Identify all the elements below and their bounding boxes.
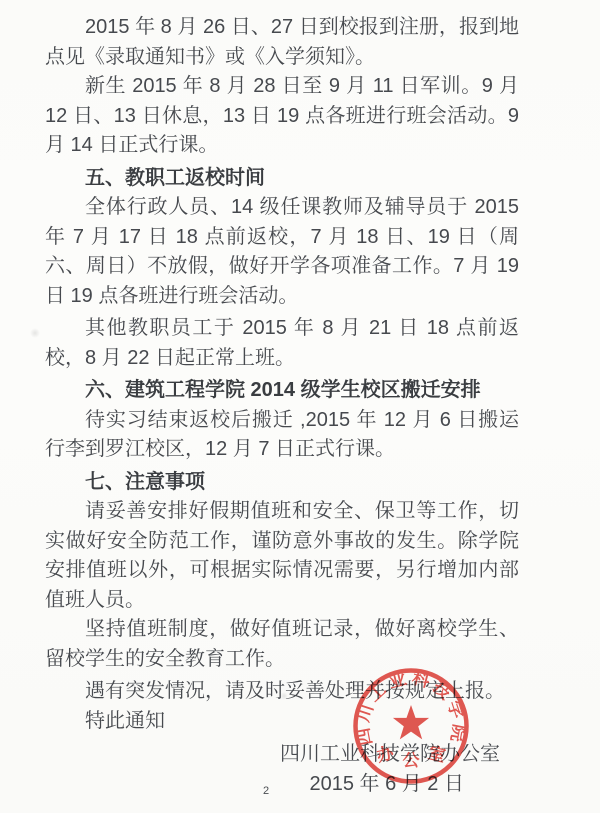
section-heading-6-campus-move: 六、建筑工程学院 2014 级学生校区搬迁安排 — [45, 376, 519, 406]
paragraph-staff-return-detail: 全体行政人员、14 级任课教师及辅导员于 2015 年 7 月 17 日 18 … — [45, 193, 519, 311]
scan-smudge — [30, 328, 40, 338]
paragraph-registration: 2015 年 8 月 26 日、27 日到校报到注册，报到地点见《录取通知书》或… — [45, 13, 519, 72]
section-heading-7-notes: 七、注意事项 — [45, 468, 519, 498]
paragraph-hereby-notice: 特此通知 — [45, 707, 519, 737]
paragraph-campus-move-detail: 待实习结束返校后搬迁 ,2015 年 12 月 6 日搬运行李到罗江校区，12 … — [45, 406, 519, 465]
signature-organization: 四川工业科技学院办公室 — [45, 740, 519, 770]
paragraph-duty-safety: 请妥善安排好假期值班和安全、保卫等工作，切实做好安全防范工作，谨防意外事故的发生… — [45, 497, 519, 615]
signature-block: 四川工业科技学院办公室 2015 年 6 月 2 日 — [45, 740, 519, 799]
signature-date: 2015 年 6 月 2 日 — [45, 770, 519, 800]
paragraph-duty-records: 坚持值班制度，做好值班记录，做好离校学生、留校学生的安全教育工作。 — [45, 615, 519, 674]
notice-body: 2015 年 8 月 26 日、27 日到校报到注册，报到地点见《录取通知书》或… — [45, 13, 519, 799]
scan-smudge — [280, 692, 288, 700]
section-heading-5-staff-return: 五、教职工返校时间 — [45, 164, 519, 194]
page-number: 2 — [263, 785, 269, 797]
scanned-notice-page: { "content": { "paragraphs": [ { "text":… — [0, 0, 600, 813]
paragraph-other-staff: 其他教职员工于 2015 年 8 月 21 日 18 点前返校，8 月 22 日… — [45, 314, 519, 373]
paragraph-freshman-schedule: 新生 2015 年 8 月 28 日至 9 月 11 日军训。9 月 12 日、… — [45, 72, 519, 161]
